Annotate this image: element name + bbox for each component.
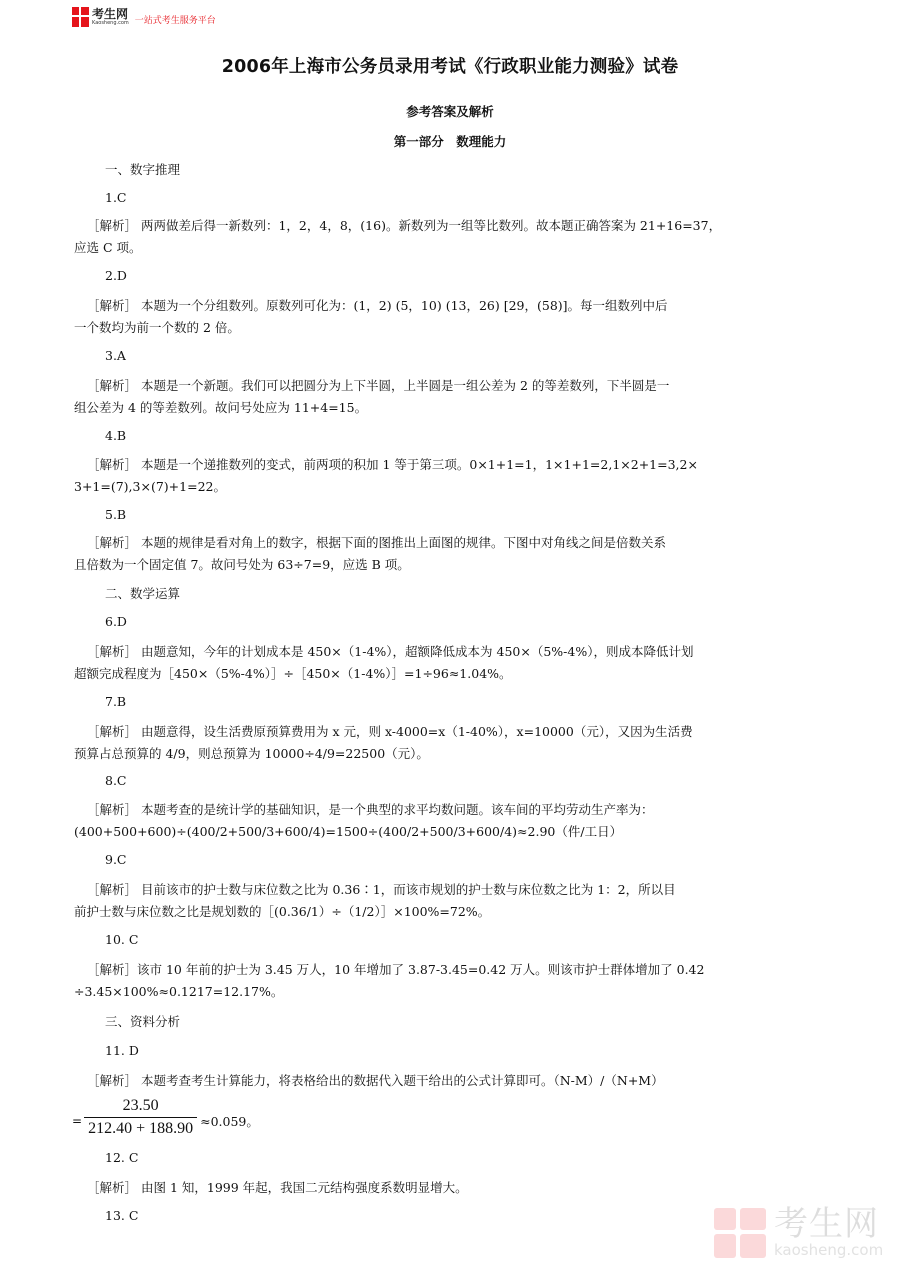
explanation-5-line-2: 且倍数为一个固定值 7。故问号处为 63÷7=9，应选 B 项。: [74, 557, 410, 573]
explanation-3-line-2: 组公差为 4 的等差数列。故问号处应为 11+4=15。: [74, 400, 367, 416]
watermark: 考生网 kaosheng.com: [714, 1207, 883, 1258]
explanation-10-line-2: ÷3.45×100%≈0.1217=12.17%。: [74, 984, 283, 1000]
answer-4: 4.B: [105, 428, 126, 444]
answer-1: 1.C: [105, 190, 127, 206]
fraction: 23.50 212.40 + 188.90: [84, 1097, 197, 1138]
answer-5: 5.B: [105, 507, 126, 523]
explanation-4-line-1: ［解析］ 本题是一个递推数列的变式，前两项的积加 1 等于第三项。0×1+1=1…: [87, 457, 698, 473]
formula-result: ≈0.059。: [200, 1112, 259, 1130]
explanation-5-line-1: ［解析］ 本题的规律是看对角上的数字，根据下面的图推出上面图的规律。下图中对角线…: [87, 535, 666, 551]
watermark-text: 考生网 kaosheng.com: [774, 1207, 883, 1258]
explanation-7-line-1: ［解析］ 由题意得，设生活费原预算费用为 x 元，则 x-4000=x（1-40…: [87, 724, 693, 740]
section-heading-1: 一、数字推理: [105, 162, 180, 178]
explanation-9-line-2: 前护士数与床位数之比是规划数的［(0.36/1）÷（1/2）］×100%=72%…: [74, 904, 490, 920]
kaosheng-logo-icon: [72, 7, 89, 27]
formula-prefix: =: [72, 1114, 82, 1128]
answer-3: 3.A: [105, 348, 126, 364]
explanation-4-line-2: 3+1=(7),3×(7)+1=22。: [74, 479, 226, 495]
explanation-8-line-1: ［解析］ 本题考查的是统计学的基础知识，是一个典型的求平均数问题。该车间的平均劳…: [87, 802, 653, 818]
fraction-numerator: 23.50: [119, 1097, 163, 1117]
explanation-10-line-1: ［解析］该市 10 年前的护士为 3.45 万人，10 年增加了 3.87-3.…: [87, 962, 704, 978]
watermark-cn: 考生网: [774, 1207, 883, 1241]
answer-7: 7.B: [105, 694, 126, 710]
document-subtitle: 参考答案及解析: [0, 102, 900, 120]
explanation-11-line-1: ［解析］ 本题考查考生计算能力，将表格给出的数据代入题干给出的公式计算即可。（N…: [87, 1073, 664, 1089]
logo-text: 考生网 Kaosheng.com: [92, 8, 129, 26]
answer-13: 13. C: [105, 1208, 138, 1224]
document-title: 2006年上海市公务员录用考试《行政职业能力测验》试卷: [0, 53, 900, 78]
explanation-6-line-1: ［解析］ 由题意知，今年的计划成本是 450×（1-4%），超额降低成本为 45…: [87, 644, 693, 660]
explanation-1-line-2: 应选 C 项。: [74, 240, 142, 256]
watermark-en: kaosheng.com: [774, 1243, 883, 1258]
slogan: 一站式考生服务平台: [135, 13, 216, 26]
explanation-2-line-2: 一个数均为前一个数的 2 倍。: [74, 320, 240, 336]
explanation-3-line-1: ［解析］ 本题是一个新题。我们可以把圆分为上下半圆，上半圆是一组公差为 2 的等…: [87, 378, 669, 394]
watermark-logo-icon: [714, 1208, 766, 1258]
site-header: 考生网 Kaosheng.com 一站式考生服务平台: [72, 6, 216, 28]
answer-6: 6.D: [105, 614, 127, 630]
part-title: 第一部分 数理能力: [0, 132, 900, 150]
explanation-2-line-1: ［解析］ 本题为一个分组数列。原数列可化为：(1，2) (5，10) (13，2…: [87, 298, 668, 314]
explanation-12-line-1: ［解析］ 由图 1 知，1999 年起，我国二元结构强度系数明显增大。: [87, 1180, 468, 1196]
answer-12: 12. C: [105, 1150, 138, 1166]
explanation-8-line-2: (400+500+600)÷(400/2+500/3+600/4)=1500÷(…: [74, 824, 622, 840]
formula-11: = 23.50 212.40 + 188.90 ≈0.059。: [72, 1097, 259, 1138]
answer-9: 9.C: [105, 852, 127, 868]
logo-en: Kaosheng.com: [92, 21, 129, 26]
explanation-6-line-2: 超额完成程度为［450×（5%-4%）］÷［450×（1-4%）］=1÷96≈1…: [74, 666, 512, 682]
logo-cn: 考生网: [92, 8, 129, 20]
explanation-7-line-2: 预算占总预算的 4/9，则总预算为 10000÷4/9=22500（元）。: [74, 746, 429, 762]
answer-11: 11. D: [105, 1043, 139, 1059]
section-heading-3: 三、资料分析: [105, 1014, 180, 1030]
answer-10: 10. C: [105, 932, 138, 948]
fraction-denominator: 212.40 + 188.90: [84, 1117, 197, 1138]
explanation-9-line-1: ［解析］ 目前该市的护士数与床位数之比为 0.36∶1，而该市规划的护士数与床位…: [87, 882, 676, 898]
explanation-1-line-1: ［解析］ 两两做差后得一新数列：1，2，4，8，(16)。新数列为一组等比数列。…: [87, 218, 721, 234]
answer-2: 2.D: [105, 268, 127, 284]
section-heading-2: 二、数学运算: [105, 586, 180, 602]
answer-8: 8.C: [105, 773, 127, 789]
